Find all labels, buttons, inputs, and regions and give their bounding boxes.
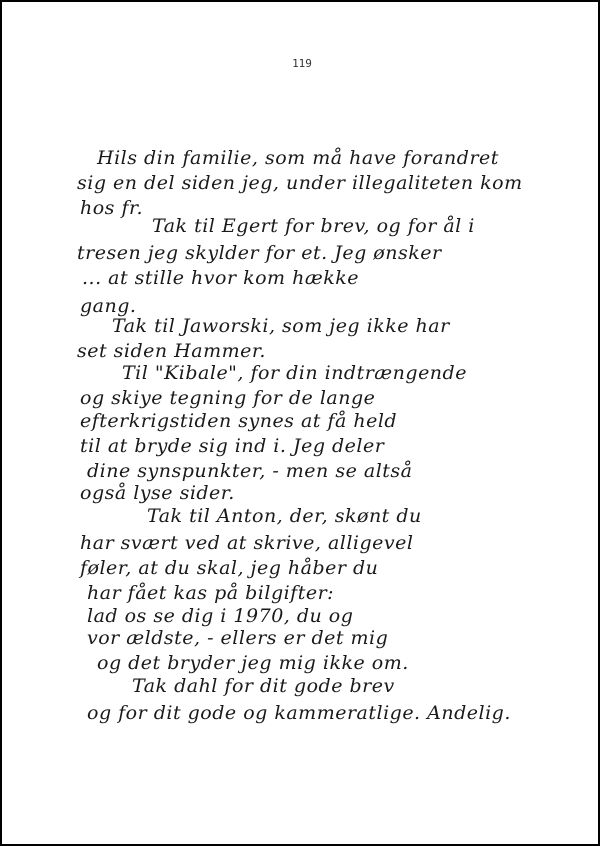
letter-line: set siden Hammer. [77,340,266,362]
letter-line: Tak til Egert for brev, og for ål i [152,215,475,237]
letter-line: ... at stille hvor kom hække [82,267,359,289]
letter-line: også lyse sider. [80,482,235,504]
letter-line: lad os se dig i 1970, du og [87,605,353,627]
letter-line: Til "Kibale", for din indtrængende [122,362,467,384]
letter-line: til at bryde sig ind i. Jeg deler [80,435,384,457]
letter-line: hos fr. [80,197,143,219]
letter-line: vor ældste, - ellers er det mig [87,627,388,649]
page-number: 119 [2,57,600,70]
letter-line: tresen jeg skylder for et. Jeg ønsker [77,242,442,264]
letter-line: og det bryder jeg mig ikke om. [97,652,409,674]
letter-line: har fået kas på bilgifter: [87,582,334,604]
letter-line: sig en del siden jeg, under illegalitete… [77,172,523,194]
letter-line: efterkrigstiden synes at få held [80,410,397,432]
document-page: 119 Hils din familie, som må have forand… [0,0,600,846]
letter-line: Tak dahl for dit gode brev [132,675,395,697]
letter-line: gang. [80,295,136,317]
letter-line: har svært ved at skrive, alligevel [80,532,413,554]
letter-line: og for dit gode og kammeratlige. Andelig… [87,702,511,724]
letter-line: og skiye tegning for de lange [80,387,375,409]
letter-line: Tak til Jaworski, som jeg ikke har [112,315,450,337]
letter-line: Hils din familie, som må have forandret [97,147,499,169]
letter-line: føler, at du skal, jeg håber du [80,557,378,579]
letter-line: dine synspunkter, - men se altså [87,460,412,482]
letter-line: Tak til Anton, der, skønt du [147,505,422,527]
